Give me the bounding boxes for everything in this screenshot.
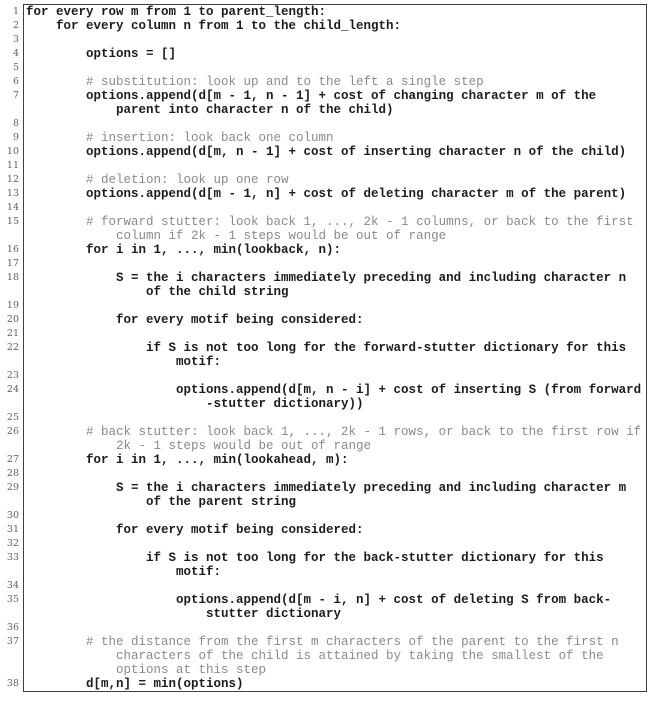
- code-row: 34: [0, 579, 651, 593]
- code-line-text: # the distance from the first m characte…: [23, 635, 619, 649]
- code-line-text: [23, 61, 26, 75]
- line-number: 34: [0, 579, 23, 593]
- code-line-text: # forward stutter: look back 1, ..., 2k …: [23, 215, 634, 229]
- code-line-text: d[m,n] = min(options): [23, 677, 244, 691]
- code-row: 20 for every motif being considered:: [0, 313, 651, 327]
- code-line-text: for i in 1, ..., min(lookahead, m):: [23, 453, 349, 467]
- code-line-text: S = the i characters immediately precedi…: [23, 481, 626, 495]
- code-line-text: for every motif being considered:: [23, 313, 364, 327]
- code-row: 3: [0, 33, 651, 47]
- code-row: 28: [0, 467, 651, 481]
- line-number: 38: [0, 677, 23, 691]
- line-number: 27: [0, 453, 23, 467]
- code-line-text: [23, 33, 26, 47]
- code-row: 2k - 1 steps would be out of range: [0, 439, 651, 453]
- pseudocode-listing: 1for every row m from 1 to parent_length…: [0, 4, 651, 692]
- code-row: 12 # deletion: look up one row: [0, 173, 651, 187]
- line-number: 37: [0, 635, 23, 649]
- code-line-text: S = the i characters immediately precedi…: [23, 271, 626, 285]
- line-number: 15: [0, 215, 23, 229]
- code-line-text: for every motif being considered:: [23, 523, 364, 537]
- code-row: 35 options.append(d[m - i, n] + cost of …: [0, 593, 651, 607]
- code-row: 23: [0, 369, 651, 383]
- code-row: 11: [0, 159, 651, 173]
- code-line-text: [23, 467, 26, 481]
- line-number: [0, 103, 23, 117]
- code-line-text: options = []: [23, 47, 176, 61]
- code-row: 4 options = []: [0, 47, 651, 61]
- code-line-text: 2k - 1 steps would be out of range: [23, 439, 371, 453]
- line-number: [0, 607, 23, 621]
- line-number: 1: [0, 5, 23, 19]
- line-number: [0, 397, 23, 411]
- code-line-text: [23, 159, 26, 173]
- line-number: 33: [0, 551, 23, 565]
- line-number: 12: [0, 173, 23, 187]
- line-number: 28: [0, 467, 23, 481]
- code-line-text: parent into character n of the child): [23, 103, 394, 117]
- line-number: 32: [0, 537, 23, 551]
- line-number: 25: [0, 411, 23, 425]
- code-line-text: stutter dictionary: [23, 607, 341, 621]
- line-number: 22: [0, 341, 23, 355]
- code-row: 31 for every motif being considered:: [0, 523, 651, 537]
- line-number: [0, 495, 23, 509]
- line-number: 31: [0, 523, 23, 537]
- line-number: [0, 285, 23, 299]
- code-line-text: [23, 369, 26, 383]
- code-line-text: for i in 1, ..., min(lookback, n):: [23, 243, 341, 257]
- code-row: 17: [0, 257, 651, 271]
- code-line-text: [23, 579, 26, 593]
- code-row: 26 # back stutter: look back 1, ..., 2k …: [0, 425, 651, 439]
- code-row: 10 options.append(d[m, n - 1] + cost of …: [0, 145, 651, 159]
- code-line-text: if S is not too long for the forward-stu…: [23, 341, 626, 355]
- code-row: 29 S = the i characters immediately prec…: [0, 481, 651, 495]
- code-line-text: options.append(d[m, n - i] + cost of ins…: [23, 383, 641, 397]
- code-row: 25: [0, 411, 651, 425]
- line-number: 14: [0, 201, 23, 215]
- code-line-text: [23, 411, 26, 425]
- code-row: 38 d[m,n] = min(options): [0, 677, 651, 691]
- line-number: 17: [0, 257, 23, 271]
- code-line-text: [23, 327, 26, 341]
- code-row: 30: [0, 509, 651, 523]
- code-row: 6 # substitution: look up and to the lef…: [0, 75, 651, 89]
- code-row: 14: [0, 201, 651, 215]
- code-row: 21: [0, 327, 651, 341]
- line-number: [0, 663, 23, 677]
- code-row: 18 S = the i characters immediately prec…: [0, 271, 651, 285]
- code-line-text: [23, 509, 26, 523]
- code-line-text: column if 2k - 1 steps would be out of r…: [23, 229, 446, 243]
- code-row: 16 for i in 1, ..., min(lookback, n):: [0, 243, 651, 257]
- code-row: 27 for i in 1, ..., min(lookahead, m):: [0, 453, 651, 467]
- line-number: 20: [0, 313, 23, 327]
- line-number: [0, 355, 23, 369]
- line-number: [0, 649, 23, 663]
- code-row: 36: [0, 621, 651, 635]
- code-line-text: -stutter dictionary)): [23, 397, 364, 411]
- line-number: [0, 565, 23, 579]
- line-number: 26: [0, 425, 23, 439]
- code-line-text: of the child string: [23, 285, 289, 299]
- line-number: 3: [0, 33, 23, 47]
- code-line-text: # substitution: look up and to the left …: [23, 75, 484, 89]
- line-number: 24: [0, 383, 23, 397]
- code-line-text: motif:: [23, 355, 221, 369]
- code-row: 1for every row m from 1 to parent_length…: [0, 5, 651, 19]
- code-line-text: # insertion: look back one column: [23, 131, 334, 145]
- code-row: motif:: [0, 355, 651, 369]
- line-number: 10: [0, 145, 23, 159]
- code-line-text: # back stutter: look back 1, ..., 2k - 1…: [23, 425, 641, 439]
- code-row: 5: [0, 61, 651, 75]
- code-line-text: [23, 201, 26, 215]
- code-row: 24 options.append(d[m, n - i] + cost of …: [0, 383, 651, 397]
- code-line-text: of the parent string: [23, 495, 296, 509]
- code-line-text: [23, 117, 26, 131]
- code-line-text: options.append(d[m - i, n] + cost of del…: [23, 593, 611, 607]
- code-row: 22 if S is not too long for the forward-…: [0, 341, 651, 355]
- line-number: 30: [0, 509, 23, 523]
- code-row: 9 # insertion: look back one column: [0, 131, 651, 145]
- code-row: 33 if S is not too long for the back-stu…: [0, 551, 651, 565]
- line-number: 4: [0, 47, 23, 61]
- line-number: 13: [0, 187, 23, 201]
- code-row: 13 options.append(d[m - 1, n] + cost of …: [0, 187, 651, 201]
- code-line-text: [23, 257, 26, 271]
- code-row: 7 options.append(d[m - 1, n - 1] + cost …: [0, 89, 651, 103]
- code-line-text: options.append(d[m - 1, n] + cost of del…: [23, 187, 626, 201]
- code-line-text: if S is not too long for the back-stutte…: [23, 551, 604, 565]
- line-number: [0, 439, 23, 453]
- code-row: 15 # forward stutter: look back 1, ..., …: [0, 215, 651, 229]
- line-number: 7: [0, 89, 23, 103]
- code-line-text: motif:: [23, 565, 221, 579]
- code-row: 8: [0, 117, 651, 131]
- code-row: 19: [0, 299, 651, 313]
- code-line-text: for every row m from 1 to parent_length:: [23, 5, 326, 19]
- code-line-text: options at this step: [23, 663, 266, 677]
- code-row: column if 2k - 1 steps would be out of r…: [0, 229, 651, 243]
- line-number: 35: [0, 593, 23, 607]
- line-number: 21: [0, 327, 23, 341]
- code-row: motif:: [0, 565, 651, 579]
- line-number: 11: [0, 159, 23, 173]
- line-number: 36: [0, 621, 23, 635]
- code-line-text: [23, 299, 26, 313]
- code-row: parent into character n of the child): [0, 103, 651, 117]
- code-line-text: characters of the child is attained by t…: [23, 649, 604, 663]
- line-number: [0, 229, 23, 243]
- line-number: 8: [0, 117, 23, 131]
- code-line-text: [23, 621, 26, 635]
- line-number: 19: [0, 299, 23, 313]
- line-number: 9: [0, 131, 23, 145]
- listing-rows: 1for every row m from 1 to parent_length…: [0, 4, 651, 692]
- code-row: of the child string: [0, 285, 651, 299]
- line-number: 6: [0, 75, 23, 89]
- code-line-text: options.append(d[m - 1, n - 1] + cost of…: [23, 89, 596, 103]
- code-row: 2 for every column n from 1 to the child…: [0, 19, 651, 33]
- code-line-text: [23, 537, 26, 551]
- line-number: 29: [0, 481, 23, 495]
- line-number: 18: [0, 271, 23, 285]
- line-number: 23: [0, 369, 23, 383]
- code-row: 32: [0, 537, 651, 551]
- line-number: 5: [0, 61, 23, 75]
- code-row: options at this step: [0, 663, 651, 677]
- line-number: 16: [0, 243, 23, 257]
- line-number: 2: [0, 19, 23, 33]
- code-row: -stutter dictionary)): [0, 397, 651, 411]
- code-row: 37 # the distance from the first m chara…: [0, 635, 651, 649]
- code-line-text: for every column n from 1 to the child_l…: [23, 19, 401, 33]
- code-row: of the parent string: [0, 495, 651, 509]
- code-row: characters of the child is attained by t…: [0, 649, 651, 663]
- code-line-text: # deletion: look up one row: [23, 173, 289, 187]
- code-line-text: options.append(d[m, n - 1] + cost of ins…: [23, 145, 626, 159]
- code-row: stutter dictionary: [0, 607, 651, 621]
